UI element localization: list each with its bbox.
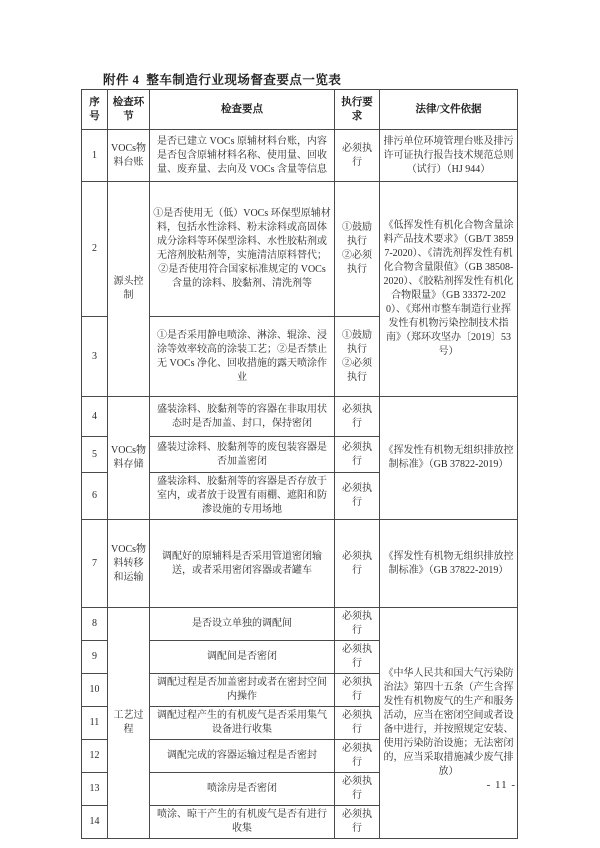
requirement-cell: 必须执行 [335,740,380,773]
table-row: 2 源头控制 ①是否使用无（低）VOCs 环保型原辅材料，包括水性涂料、粉末涂料… [82,182,518,317]
points-cell: ①是否采用静电喷涂、淋涂、辊涂、浸涂等效率较高的涂装工艺；②是否禁止无 VOCs… [150,317,335,397]
stage-cell-source-control: 源头控制 [108,182,150,397]
table-header-row: 序号 检查环节 检查要点 执行要求 法律/文件依据 [82,90,518,130]
requirement-cell: 必须执行 [335,773,380,806]
basis-cell: 《挥发性有机物无组织排放控制标准》（GB 37822-2019） [380,520,518,608]
page-title: 附件 4整车制造行业现场督查要点一览表 [103,70,341,88]
requirement-cell: 必须执行 [335,641,380,674]
points-cell: 调配完成的容器运输过程是否密封 [150,740,335,773]
table-row: 1 VOCs物料台账 是否已建立 VOCs 原辅材料台账，内容是否包含原辅材料名… [82,130,518,182]
title-main-text: 整车制造行业现场督查要点一览表 [146,73,341,87]
basis-cell: 《中华人民共和国大气污染防治法》第四十五条（产生含挥发性有机物废气的生产和服务活… [380,608,518,839]
stage-cell-vocs-ledger: VOCs物料台账 [108,130,150,182]
points-cell: 盛装过涂料、胶黏剂等的废包装容器是否加盖密闭 [150,437,335,473]
column-header-requirement: 执行要求 [335,90,380,130]
no-cell: 7 [82,520,108,608]
points-cell: 调配过程是否加盖密封或者在密封空间内操作 [150,674,335,707]
stage-cell-process: 工艺过程 [108,608,150,839]
points-cell: 喷涂、晾干产生的有机废气是否有进行收集 [150,806,335,839]
stage-cell-vocs-transfer: VOCs物料转移和运输 [108,520,150,608]
table-row: 7 VOCs物料转移和运输 调配好的原辅料是否采用管道密闭输送，或者采用密闭容器… [82,520,518,608]
column-header-basis: 法律/文件依据 [380,90,518,130]
no-cell: 13 [82,773,108,806]
requirement-part-1: ①鼓励执行 [338,329,376,357]
points-cell: 调配好的原辅料是否采用管道密闭输送，或者采用密闭容器或者罐车 [150,520,335,608]
inspection-checklist-table: 序号 检查环节 检查要点 执行要求 法律/文件依据 1 VOCs物料台账 是否已… [81,89,518,839]
points-cell: 调配过程产生的有机废气是否采用集气设备进行收集 [150,707,335,740]
document-page: 附件 4整车制造行业现场督查要点一览表 序号 检查环节 检查要点 执行要求 法律… [0,0,600,848]
table-row: 4 VOCs物料存储 盛装涂料、胶黏剂等的容器在非取用状态时是否加盖、封口，保持… [82,397,518,437]
requirement-cell: 必须执行 [335,674,380,707]
no-cell: 12 [82,740,108,773]
no-cell: 3 [82,317,108,397]
requirement-cell: 必须执行 [335,130,380,182]
basis-cell: 《低挥发性有机化合物含量涂料产品技术要求》（GB/T 38597-2020）、《… [380,182,518,397]
no-cell: 8 [82,608,108,641]
points-cell: ①是否使用无（低）VOCs 环保型原辅材料，包括水性涂料、粉末涂料或高固体成分涂… [150,182,335,317]
requirement-cell: 必须执行 [335,608,380,641]
requirement-cell: 必须执行 [335,473,380,520]
requirement-part-2: ②必须执行 [338,249,376,277]
no-cell: 11 [82,707,108,740]
no-cell: 5 [82,437,108,473]
requirement-cell: 必须执行 [335,397,380,437]
requirement-cell: 必须执行 [335,707,380,740]
requirement-part-2: ②必须执行 [338,357,376,385]
points-cell: 喷涂房是否密闭 [150,773,335,806]
requirement-cell: 必须执行 [335,520,380,608]
points-cell: 是否已建立 VOCs 原辅材料台账，内容是否包含原辅材料名称、使用量、回收量、废… [150,130,335,182]
requirement-cell: ①鼓励执行 ②必须执行 [335,182,380,317]
requirement-cell: ①鼓励执行 ②必须执行 [335,317,380,397]
page-number: - 11 - [487,779,516,791]
table-row: 8 工艺过程 是否设立单独的调配间 必须执行 《中华人民共和国大气污染防治法》第… [82,608,518,641]
column-header-points: 检查要点 [150,90,335,130]
no-cell: 9 [82,641,108,674]
requirement-cell: 必须执行 [335,437,380,473]
points-cell: 盛装涂料、胶黏剂等的容器是否存放于室内，或者放于设置有雨棚、遮阳和防渗设施的专用… [150,473,335,520]
basis-cell: 排污单位环境管理台账及排污许可证执行报告技术规范总则（试行）（HJ 944） [380,130,518,182]
points-cell: 是否设立单独的调配间 [150,608,335,641]
no-cell: 4 [82,397,108,437]
no-cell: 14 [82,806,108,839]
no-cell: 1 [82,130,108,182]
points-cell: 盛装涂料、胶黏剂等的容器在非取用状态时是否加盖、封口，保持密闭 [150,397,335,437]
requirement-part-1: ①鼓励执行 [338,221,376,249]
column-header-no: 序号 [82,90,108,130]
no-cell: 2 [82,182,108,317]
basis-cell: 《挥发性有机物无组织排放控制标准》（GB 37822-2019） [380,397,518,520]
no-cell: 10 [82,674,108,707]
requirement-cell: 必须执行 [335,806,380,839]
no-cell: 6 [82,473,108,520]
title-attachment-label: 附件 4 [103,73,139,87]
stage-cell-vocs-storage: VOCs物料存储 [108,397,150,520]
column-header-stage: 检查环节 [108,90,150,130]
points-cell: 调配间是否密闭 [150,641,335,674]
